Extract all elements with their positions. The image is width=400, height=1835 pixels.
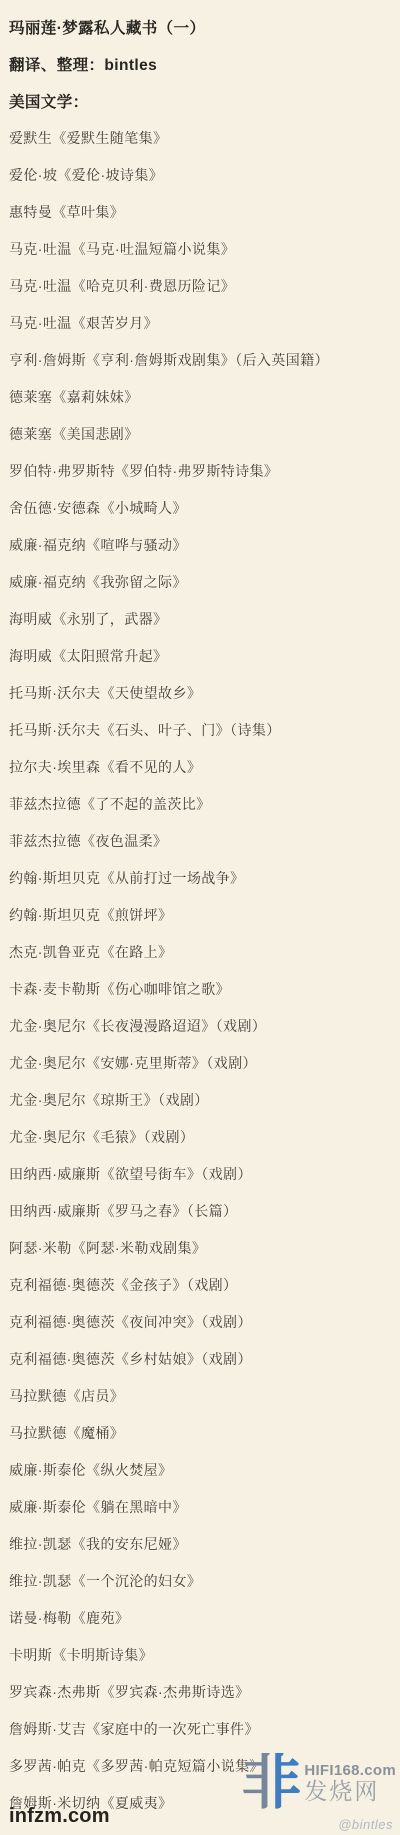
book-item: 亨利·詹姆斯《亨利·詹姆斯戏剧集》（后入英国籍）	[9, 341, 392, 378]
book-item: 克利福德·奥德茨《金孩子》（戏剧）	[9, 1266, 392, 1303]
book-item: 尤金·奥尼尔《毛猿》（戏剧）	[9, 1118, 392, 1155]
book-item: 卡森·麦卡勒斯《伤心咖啡馆之歌》	[9, 970, 392, 1007]
book-item: 卡明斯《卡明斯诗集》	[9, 1636, 392, 1673]
book-item: 马克·吐温《哈克贝利·费恩历险记》	[9, 267, 392, 304]
book-item: 菲兹杰拉德《夜色温柔》	[9, 822, 392, 859]
book-item: 惠特曼《草叶集》	[9, 193, 392, 230]
book-item: 海明威《太阳照常升起》	[9, 637, 392, 674]
book-item: 托马斯·沃尔夫《石头、叶子、门》（诗集）	[9, 711, 392, 748]
book-item: 田纳西·威廉斯《欲望号街车》（戏剧）	[9, 1155, 392, 1192]
book-item: 马克·吐温《艰苦岁月》	[9, 304, 392, 341]
book-item: 威廉·福克纳《我弥留之际》	[9, 563, 392, 600]
section-heading: 美国文学：	[9, 82, 392, 119]
book-item: 罗宾森·杰弗斯《罗宾森·杰弗斯诗选》	[9, 1673, 392, 1710]
book-item: 爱伦·坡《爱伦·坡诗集》	[9, 156, 392, 193]
book-item: 海明威《永别了，武器》	[9, 600, 392, 637]
book-item: 拉尔夫·埃里森《看不见的人》	[9, 748, 392, 785]
book-item: 杰克·凯鲁亚克《在路上》	[9, 933, 392, 970]
book-item: 约翰·斯坦贝克《从前打过一场战争》	[9, 859, 392, 896]
book-item: 维拉·凯瑟《一个沉沦的妇女》	[9, 1562, 392, 1599]
book-item: 尤金·奥尼尔《长夜漫漫路迢迢》（戏剧）	[9, 1007, 392, 1044]
book-item: 马拉默德《魔桶》	[9, 1414, 392, 1451]
document-body: 玛丽莲·梦露私人藏书（一） 翻译、整理：bintles 美国文学： 爱默生《爱默…	[0, 0, 400, 1821]
book-item: 马克·吐温《马克·吐温短篇小说集》	[9, 230, 392, 267]
book-item: 克利福德·奥德茨《夜间冲突》（戏剧）	[9, 1303, 392, 1340]
hifi168-watermark-text: HIFI168.com 发烧网	[304, 1762, 396, 1804]
book-list: 爱默生《爱默生随笔集》爱伦·坡《爱伦·坡诗集》惠特曼《草叶集》马克·吐温《马克·…	[9, 119, 392, 1821]
book-item: 詹姆斯·艾吉《家庭中的一次死亡事件》	[9, 1710, 392, 1747]
book-item: 克利福德·奥德茨《乡村姑娘》（戏剧）	[9, 1340, 392, 1377]
book-item: 尤金·奥尼尔《琼斯王》（戏剧）	[9, 1081, 392, 1118]
footer-site-label: infzm.com	[9, 1805, 110, 1828]
book-item: 田纳西·威廉斯《罗马之春》（长篇）	[9, 1192, 392, 1229]
book-item: 维拉·凯瑟《我的安东尼娅》	[9, 1525, 392, 1562]
hifi168-watermark: 非 HIFI168.com 发烧网	[241, 1753, 396, 1813]
book-item: 爱默生《爱默生随笔集》	[9, 119, 392, 156]
page-subtitle: 翻译、整理：bintles	[9, 45, 392, 82]
book-item: 诺曼·梅勒《鹿苑》	[9, 1599, 392, 1636]
page-title: 玛丽莲·梦露私人藏书（一）	[9, 8, 392, 45]
fei-logo-icon: 非	[241, 1753, 301, 1813]
book-item: 威廉·斯泰伦《纵火焚屋》	[9, 1451, 392, 1488]
book-item: 菲兹杰拉德《了不起的盖茨比》	[9, 785, 392, 822]
hifi168-site-text: HIFI168.com	[304, 1762, 396, 1779]
book-item: 罗伯特·弗罗斯特《罗伯特·弗罗斯特诗集》	[9, 452, 392, 489]
book-item: 德莱塞《美国悲剧》	[9, 415, 392, 452]
watermark-handle: @bintles	[338, 1817, 393, 1832]
book-item: 马拉默德《店员》	[9, 1377, 392, 1414]
book-item: 阿瑟·米勒《阿瑟·米勒戏剧集》	[9, 1229, 392, 1266]
book-item: 约翰·斯坦贝克《煎饼坪》	[9, 896, 392, 933]
book-item: 威廉·福克纳《喧哗与骚动》	[9, 526, 392, 563]
book-item: 托马斯·沃尔夫《天使望故乡》	[9, 674, 392, 711]
book-item: 尤金·奥尼尔《安娜·克里斯蒂》（戏剧）	[9, 1044, 392, 1081]
book-item: 威廉·斯泰伦《躺在黑暗中》	[9, 1488, 392, 1525]
book-item: 德莱塞《嘉莉妹妹》	[9, 378, 392, 415]
hifi168-cn-text: 发烧网	[304, 1779, 396, 1804]
book-item: 舍伍德·安德森《小城畸人》	[9, 489, 392, 526]
